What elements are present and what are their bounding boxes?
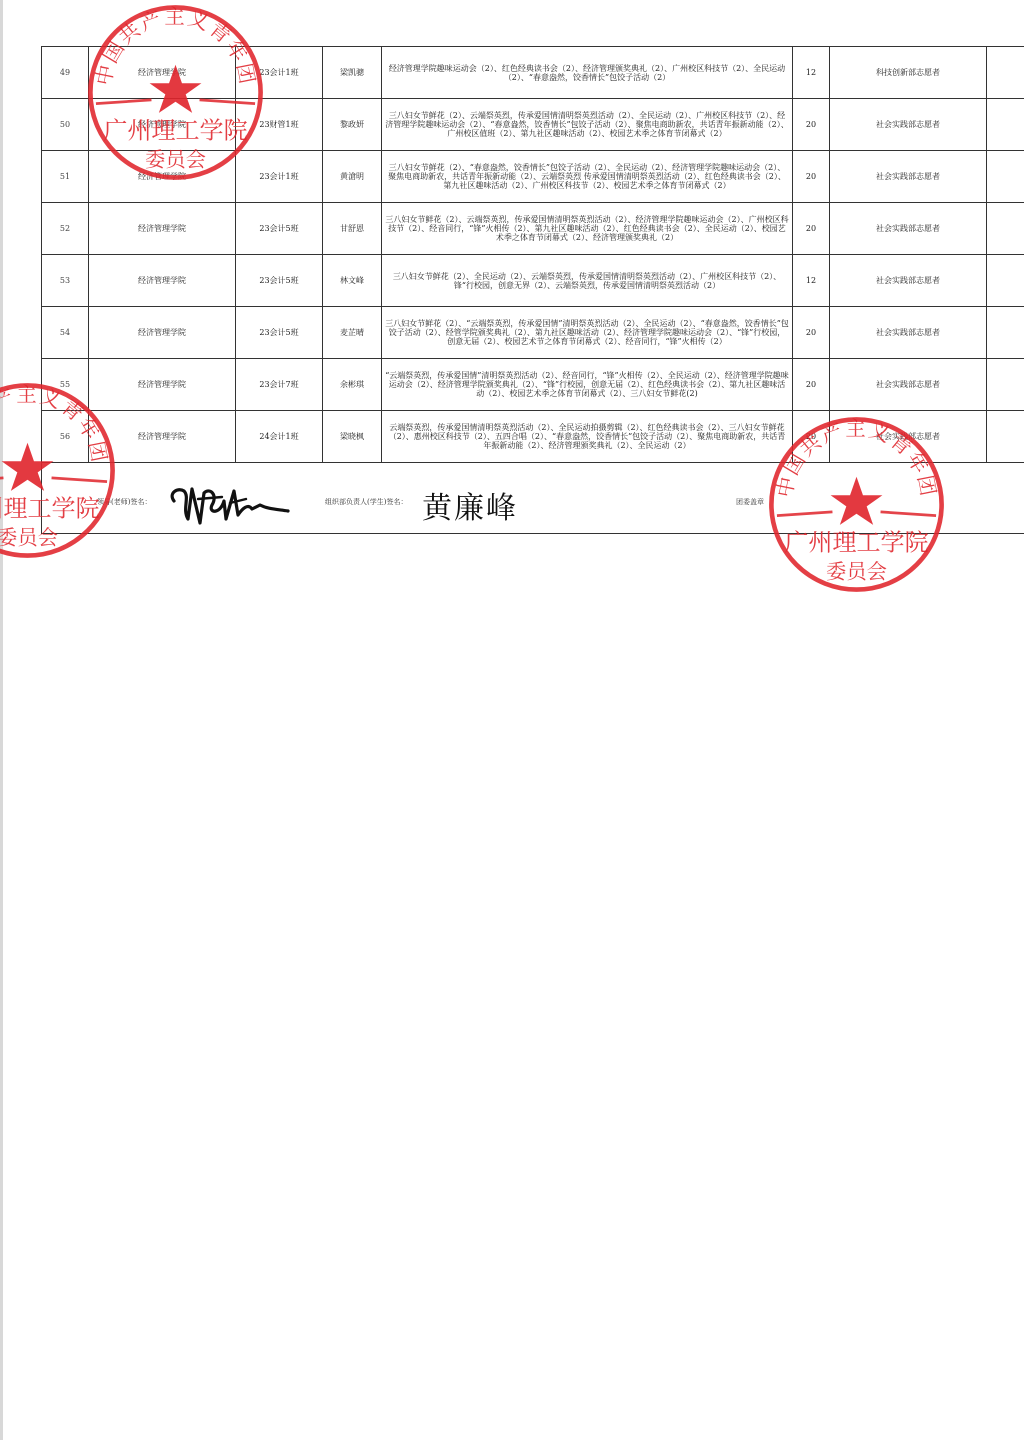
row-number: 51 xyxy=(42,151,89,203)
table-row: 51经济管理学院23会计1班黄滄明三八妇女节鲜花（2）、“春意盎然，饺香情长”包… xyxy=(42,151,1024,203)
role-cell: 社会实践部志愿者 xyxy=(830,151,987,203)
student-name: 梁凯骢 xyxy=(323,47,382,99)
role-cell: 社会实践部志愿者 xyxy=(830,359,987,411)
college-cell: 经济管理学院 xyxy=(89,203,236,255)
table-row: 54经济管理学院23会计5班麦芷晴三八妇女节鲜花（2）、“云端祭英烈，传承爱国情… xyxy=(42,307,1024,359)
remark-cell xyxy=(987,359,1024,411)
student-signature-label: 组织部负责人(学生)签名： xyxy=(325,497,407,507)
hours-cell: 20 xyxy=(793,307,830,359)
seal-label: 团委盖章 xyxy=(736,497,764,507)
college-cell: 经济管理学院 xyxy=(89,411,236,463)
student-name: 林文峰 xyxy=(323,255,382,307)
activities-cell: 三八妇女节鲜花（2）、云端祭英烈，传承爱国情清明祭英烈活动（2）、全民运动（2）… xyxy=(382,99,793,151)
class-cell: 24会计1班 xyxy=(236,411,323,463)
class-cell: 23会计5班 xyxy=(236,307,323,359)
role-cell: 科技创新部志愿者 xyxy=(830,47,987,99)
class-cell: 23会计5班 xyxy=(236,203,323,255)
student-name: 梁晓枫 xyxy=(323,411,382,463)
student-name: 余彬琪 xyxy=(323,359,382,411)
table-row: 52经济管理学院23会计5班甘舒恩三八妇女节鲜花（2）、云端祭英烈，传承爱国情清… xyxy=(42,203,1024,255)
activities-cell: “云端祭英烈，传承爱国情”清明祭英烈活动（2）、经音同行，“锋”火相传（2）、全… xyxy=(382,359,793,411)
class-cell: 23会计1班 xyxy=(236,47,323,99)
role-cell: 社会实践部志愿者 xyxy=(830,411,987,463)
scan-edge xyxy=(0,0,3,1440)
volunteer-roster-table: 49经济管理学院23会计1班梁凯骢经济管理学院趣味运动会（2）、红色经典读书会（… xyxy=(41,46,1024,534)
row-number: 52 xyxy=(42,203,89,255)
college-cell: 经济管理学院 xyxy=(89,47,236,99)
row-number: 49 xyxy=(42,47,89,99)
class-cell: 23会计7班 xyxy=(236,359,323,411)
row-number: 56 xyxy=(42,411,89,463)
hours-cell: 20 xyxy=(793,151,830,203)
college-cell: 经济管理学院 xyxy=(89,151,236,203)
document-page: 49经济管理学院23会计1班梁凯骢经济管理学院趣味运动会（2）、红色经典读书会（… xyxy=(0,0,1024,1440)
remark-cell xyxy=(987,203,1024,255)
table-row: 55经济管理学院23会计7班余彬琪“云端祭英烈，传承爱国情”清明祭英烈活动（2）… xyxy=(42,359,1024,411)
student-name: 甘舒恩 xyxy=(323,203,382,255)
remark-cell xyxy=(987,411,1024,463)
remark-cell xyxy=(987,151,1024,203)
student-signature: 黄廉峰 xyxy=(422,483,518,527)
role-cell: 社会实践部志愿者 xyxy=(830,307,987,359)
activities-cell: 三八妇女节鲜花（2）、全民运动（2）、云端祭英烈，传承爱国情清明祭英烈活动（2）… xyxy=(382,255,793,307)
table-row: 49经济管理学院23会计1班梁凯骢经济管理学院趣味运动会（2）、红色经典读书会（… xyxy=(42,47,1024,99)
remark-cell xyxy=(987,47,1024,99)
table-row: 53经济管理学院23会计5班林文峰三八妇女节鲜花（2）、全民运动（2）、云端祭英… xyxy=(42,255,1024,307)
teacher-signature-label: 领导(老师)签名： xyxy=(97,497,151,507)
college-cell: 经济管理学院 xyxy=(89,359,236,411)
svg-text:委员会: 委员会 xyxy=(826,560,887,584)
student-name: 黎政妍 xyxy=(323,99,382,151)
remark-cell xyxy=(987,307,1024,359)
activities-cell: 经济管理学院趣味运动会（2）、红色经典读书会（2）、经济管理颁奖典礼（2）、广州… xyxy=(382,47,793,99)
activities-cell: 三八妇女节鲜花（2）、“春意盎然，饺香情长”包饺子活动（2）、全民运动（2）、经… xyxy=(382,151,793,203)
row-number: 55 xyxy=(42,359,89,411)
signature-row: 领导(老师)签名： 组织部负责人(学生)签名： 黄廉峰 团委盖章 xyxy=(42,463,1024,534)
hours-cell: 12 xyxy=(793,255,830,307)
student-name: 黄滄明 xyxy=(323,151,382,203)
activities-cell: 三八妇女节鲜花（2）、“云端祭英烈，传承爱国情”清明祭英烈活动（2）、全民运动（… xyxy=(382,307,793,359)
class-cell: 23财管1班 xyxy=(236,99,323,151)
teacher-signature xyxy=(164,479,294,529)
college-cell: 经济管理学院 xyxy=(89,307,236,359)
role-cell: 社会实践部志愿者 xyxy=(830,203,987,255)
table-row: 50经济管理学院23财管1班黎政妍三八妇女节鲜花（2）、云端祭英烈，传承爱国情清… xyxy=(42,99,1024,151)
remark-cell xyxy=(987,99,1024,151)
remark-cell xyxy=(987,255,1024,307)
role-cell: 社会实践部志愿者 xyxy=(830,255,987,307)
class-cell: 23会计1班 xyxy=(236,151,323,203)
hours-cell: 20 xyxy=(793,359,830,411)
hours-cell: 20 xyxy=(793,99,830,151)
row-number: 53 xyxy=(42,255,89,307)
hours-cell: 20 xyxy=(793,203,830,255)
activities-cell: 三八妇女节鲜花（2）、云端祭英烈，传承爱国情清明祭英烈活动（2）、经济管理学院趣… xyxy=(382,203,793,255)
class-cell: 23会计5班 xyxy=(236,255,323,307)
table-row: 56经济管理学院24会计1班梁晓枫云端祭英烈，传承爱国情清明祭英烈活动（2）、全… xyxy=(42,411,1024,463)
student-name: 麦芷晴 xyxy=(323,307,382,359)
role-cell: 社会实践部志愿者 xyxy=(830,99,987,151)
activities-cell: 云端祭英烈，传承爱国情清明祭英烈活动（2）、全民运动拍摄剪辑（2）、红色经典读书… xyxy=(382,411,793,463)
row-number: 50 xyxy=(42,99,89,151)
hours-cell: 20 xyxy=(793,411,830,463)
college-cell: 经济管理学院 xyxy=(89,99,236,151)
row-number: 54 xyxy=(42,307,89,359)
hours-cell: 12 xyxy=(793,47,830,99)
college-cell: 经济管理学院 xyxy=(89,255,236,307)
